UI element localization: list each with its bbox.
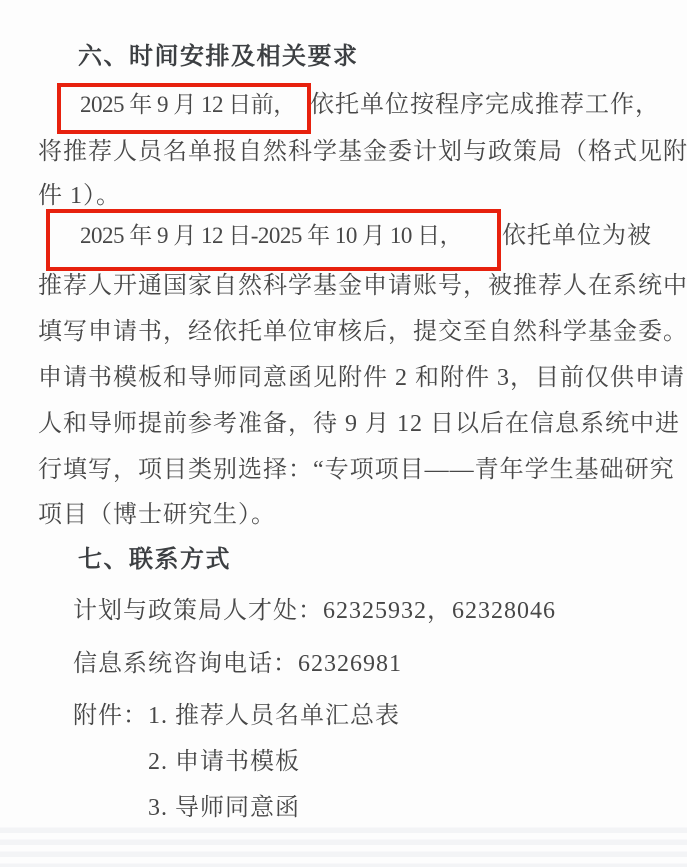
attachment-item-2: 2. 申请书模板 <box>148 747 300 777</box>
contact-phone-line-1: 计划与政策局人才处：62325932，62328046 <box>73 596 556 626</box>
attachment-item-1: 附件：1. 推荐人员名单汇总表 <box>73 701 400 731</box>
para2-boxed-date: 2025 年 9 月 12 日-2025 年 10 月 10 日， <box>80 221 462 251</box>
para1-boxed-date: 2025 年 9 月 12 日前， <box>80 90 296 120</box>
section-heading-contact: 七、联系方式 <box>78 545 231 575</box>
para1-line3: 件 1）。 <box>38 181 121 211</box>
para2-line2: 推荐人开通国家自然科学基金申请账号，被推荐人在系统中 <box>38 271 687 301</box>
para2-line3: 填写申请书，经依托单位审核后，提交至自然科学基金委。 <box>38 317 687 347</box>
contact-phone-line-2: 信息系统咨询电话：62326981 <box>73 649 402 679</box>
para1-line1-rest: 依托单位按程序完成推荐工作， <box>310 90 660 120</box>
para2-line4: 申请书模板和导师同意函见附件 2 和附件 3，目前仅供申请 <box>38 363 685 393</box>
para1-line2: 将推荐人员名单报自然科学基金委计划与政策局（格式见附 <box>38 137 687 167</box>
para2-line6: 行填写，项目类别选择：“专项项目——青年学生基础研究 <box>38 455 675 485</box>
document-page: 六、时间安排及相关要求 2025 年 9 月 12 日前， 依托单位按程序完成推… <box>0 0 687 867</box>
para2-line7: 项目（博士研究生）。 <box>38 500 276 530</box>
section-heading-schedule: 六、时间安排及相关要求 <box>78 42 359 72</box>
para2-line5: 人和导师提前参考准备，待 9 月 12 日以后在信息系统中进 <box>38 409 680 439</box>
page-scan-artifact <box>0 821 687 867</box>
para2-line1-rest: 依托单位为被 <box>502 221 652 251</box>
attachment-item-3: 3. 导师同意函 <box>148 793 300 823</box>
